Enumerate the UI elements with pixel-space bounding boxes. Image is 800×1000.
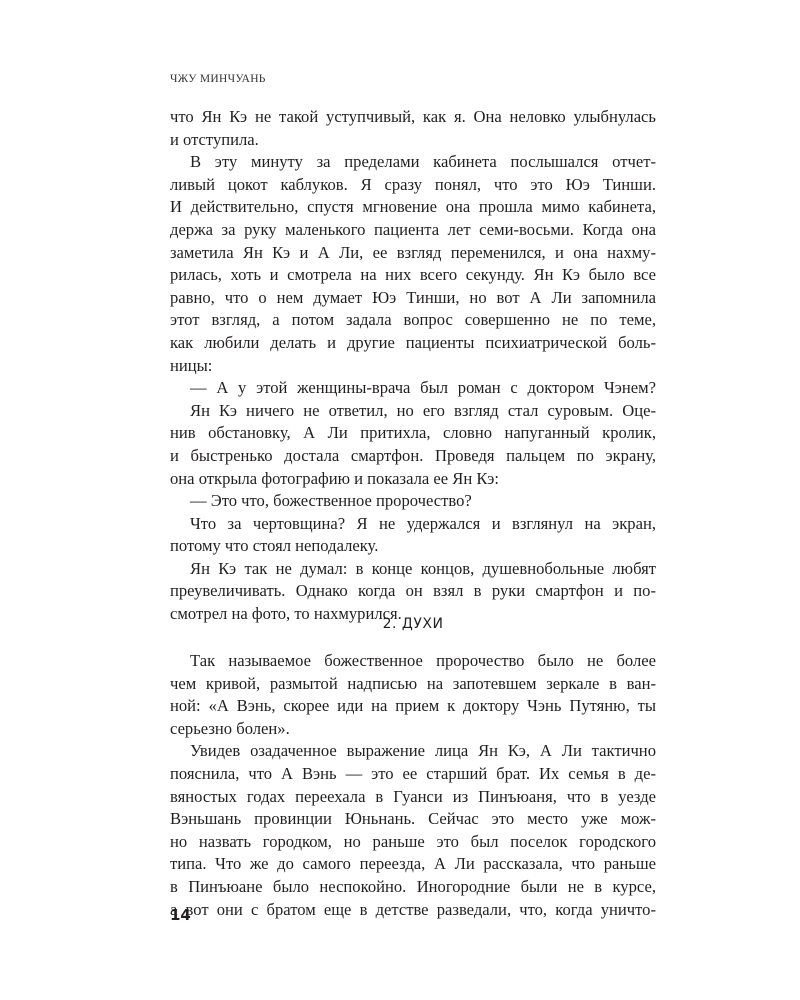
text-line: этот взгляд, а потом задала вопрос совер…: [170, 309, 656, 332]
text-line: нив обстановку, А Ли притихла, словно на…: [170, 422, 656, 445]
text-line: Так называемое божественное пророчество …: [170, 650, 656, 673]
text-line: как любили делать и другие пациенты псих…: [170, 332, 656, 355]
text-line: ницы:: [170, 355, 656, 378]
section-title: 2. ДУХИ: [170, 616, 656, 632]
text-line: ной: «А Вэнь, скорее иди на прием к докт…: [170, 695, 656, 718]
text-line: Увидев озадаченное выражение лица Ян Кэ,…: [170, 740, 656, 763]
text-line: Ян Кэ ничего не ответил, но его взгляд с…: [170, 400, 656, 423]
text-line: серьезно болен».: [170, 718, 656, 741]
text-line: а вот они с братом еще в детстве разведа…: [170, 899, 656, 922]
text-line: ливый цокот каблуков. Я сразу понял, что…: [170, 174, 656, 197]
body-text-block-1: что Ян Кэ не такой уступчивый, как я. Он…: [170, 106, 656, 626]
text-line: Вэньшань провинции Юньнань. Сейчас это м…: [170, 808, 656, 831]
text-line: потому что стоял неподалеку.: [170, 535, 656, 558]
text-line: рилась, хоть и смотрела на них всего сек…: [170, 264, 656, 287]
text-line: заметила Ян Кэ и А Ли, ее взгляд перемен…: [170, 242, 656, 265]
text-line: равно, что о нем думает Юэ Тинши, но вот…: [170, 287, 656, 310]
text-line: типа. Что же до самого переезда, А Ли ра…: [170, 853, 656, 876]
page-number: 14: [170, 906, 191, 924]
text-line: — А у этой женщины-врача был роман с док…: [170, 377, 656, 400]
text-line: вяностых годах переехала в Гуанси из Пин…: [170, 786, 656, 809]
text-line: но назвать городком, но раньше это был п…: [170, 831, 656, 854]
text-line: чем кривой, размытой надписью на запотев…: [170, 673, 656, 696]
text-line: преувеличивать. Однако когда он взял в р…: [170, 580, 656, 603]
text-line: держа за руку маленького пациента лет се…: [170, 219, 656, 242]
running-head-author: ЧЖУ МИНЧУАНЬ: [170, 73, 266, 85]
text-line: и отступила.: [170, 129, 656, 152]
text-line: В эту минуту за пределами кабинета послы…: [170, 151, 656, 174]
text-line: Что за чертовщина? Я не удержался и взгл…: [170, 513, 656, 536]
text-line: пояснила, что А Вэнь — это ее старший бр…: [170, 763, 656, 786]
text-line: — Это что, божественное пророчество?: [170, 490, 656, 513]
text-line: она открыла фотографию и показала ее Ян …: [170, 468, 656, 491]
body-text-block-2: Так называемое божественное пророчество …: [170, 650, 656, 921]
text-line: И действительно, спустя мгновение она пр…: [170, 196, 656, 219]
text-line: Ян Кэ так не думал: в конце концов, душе…: [170, 558, 656, 581]
text-line: и быстренько достала смартфон. Проведя п…: [170, 445, 656, 468]
text-line: что Ян Кэ не такой уступчивый, как я. Он…: [170, 106, 656, 129]
text-line: в Пинъюане было неспокойно. Иногородние …: [170, 876, 656, 899]
